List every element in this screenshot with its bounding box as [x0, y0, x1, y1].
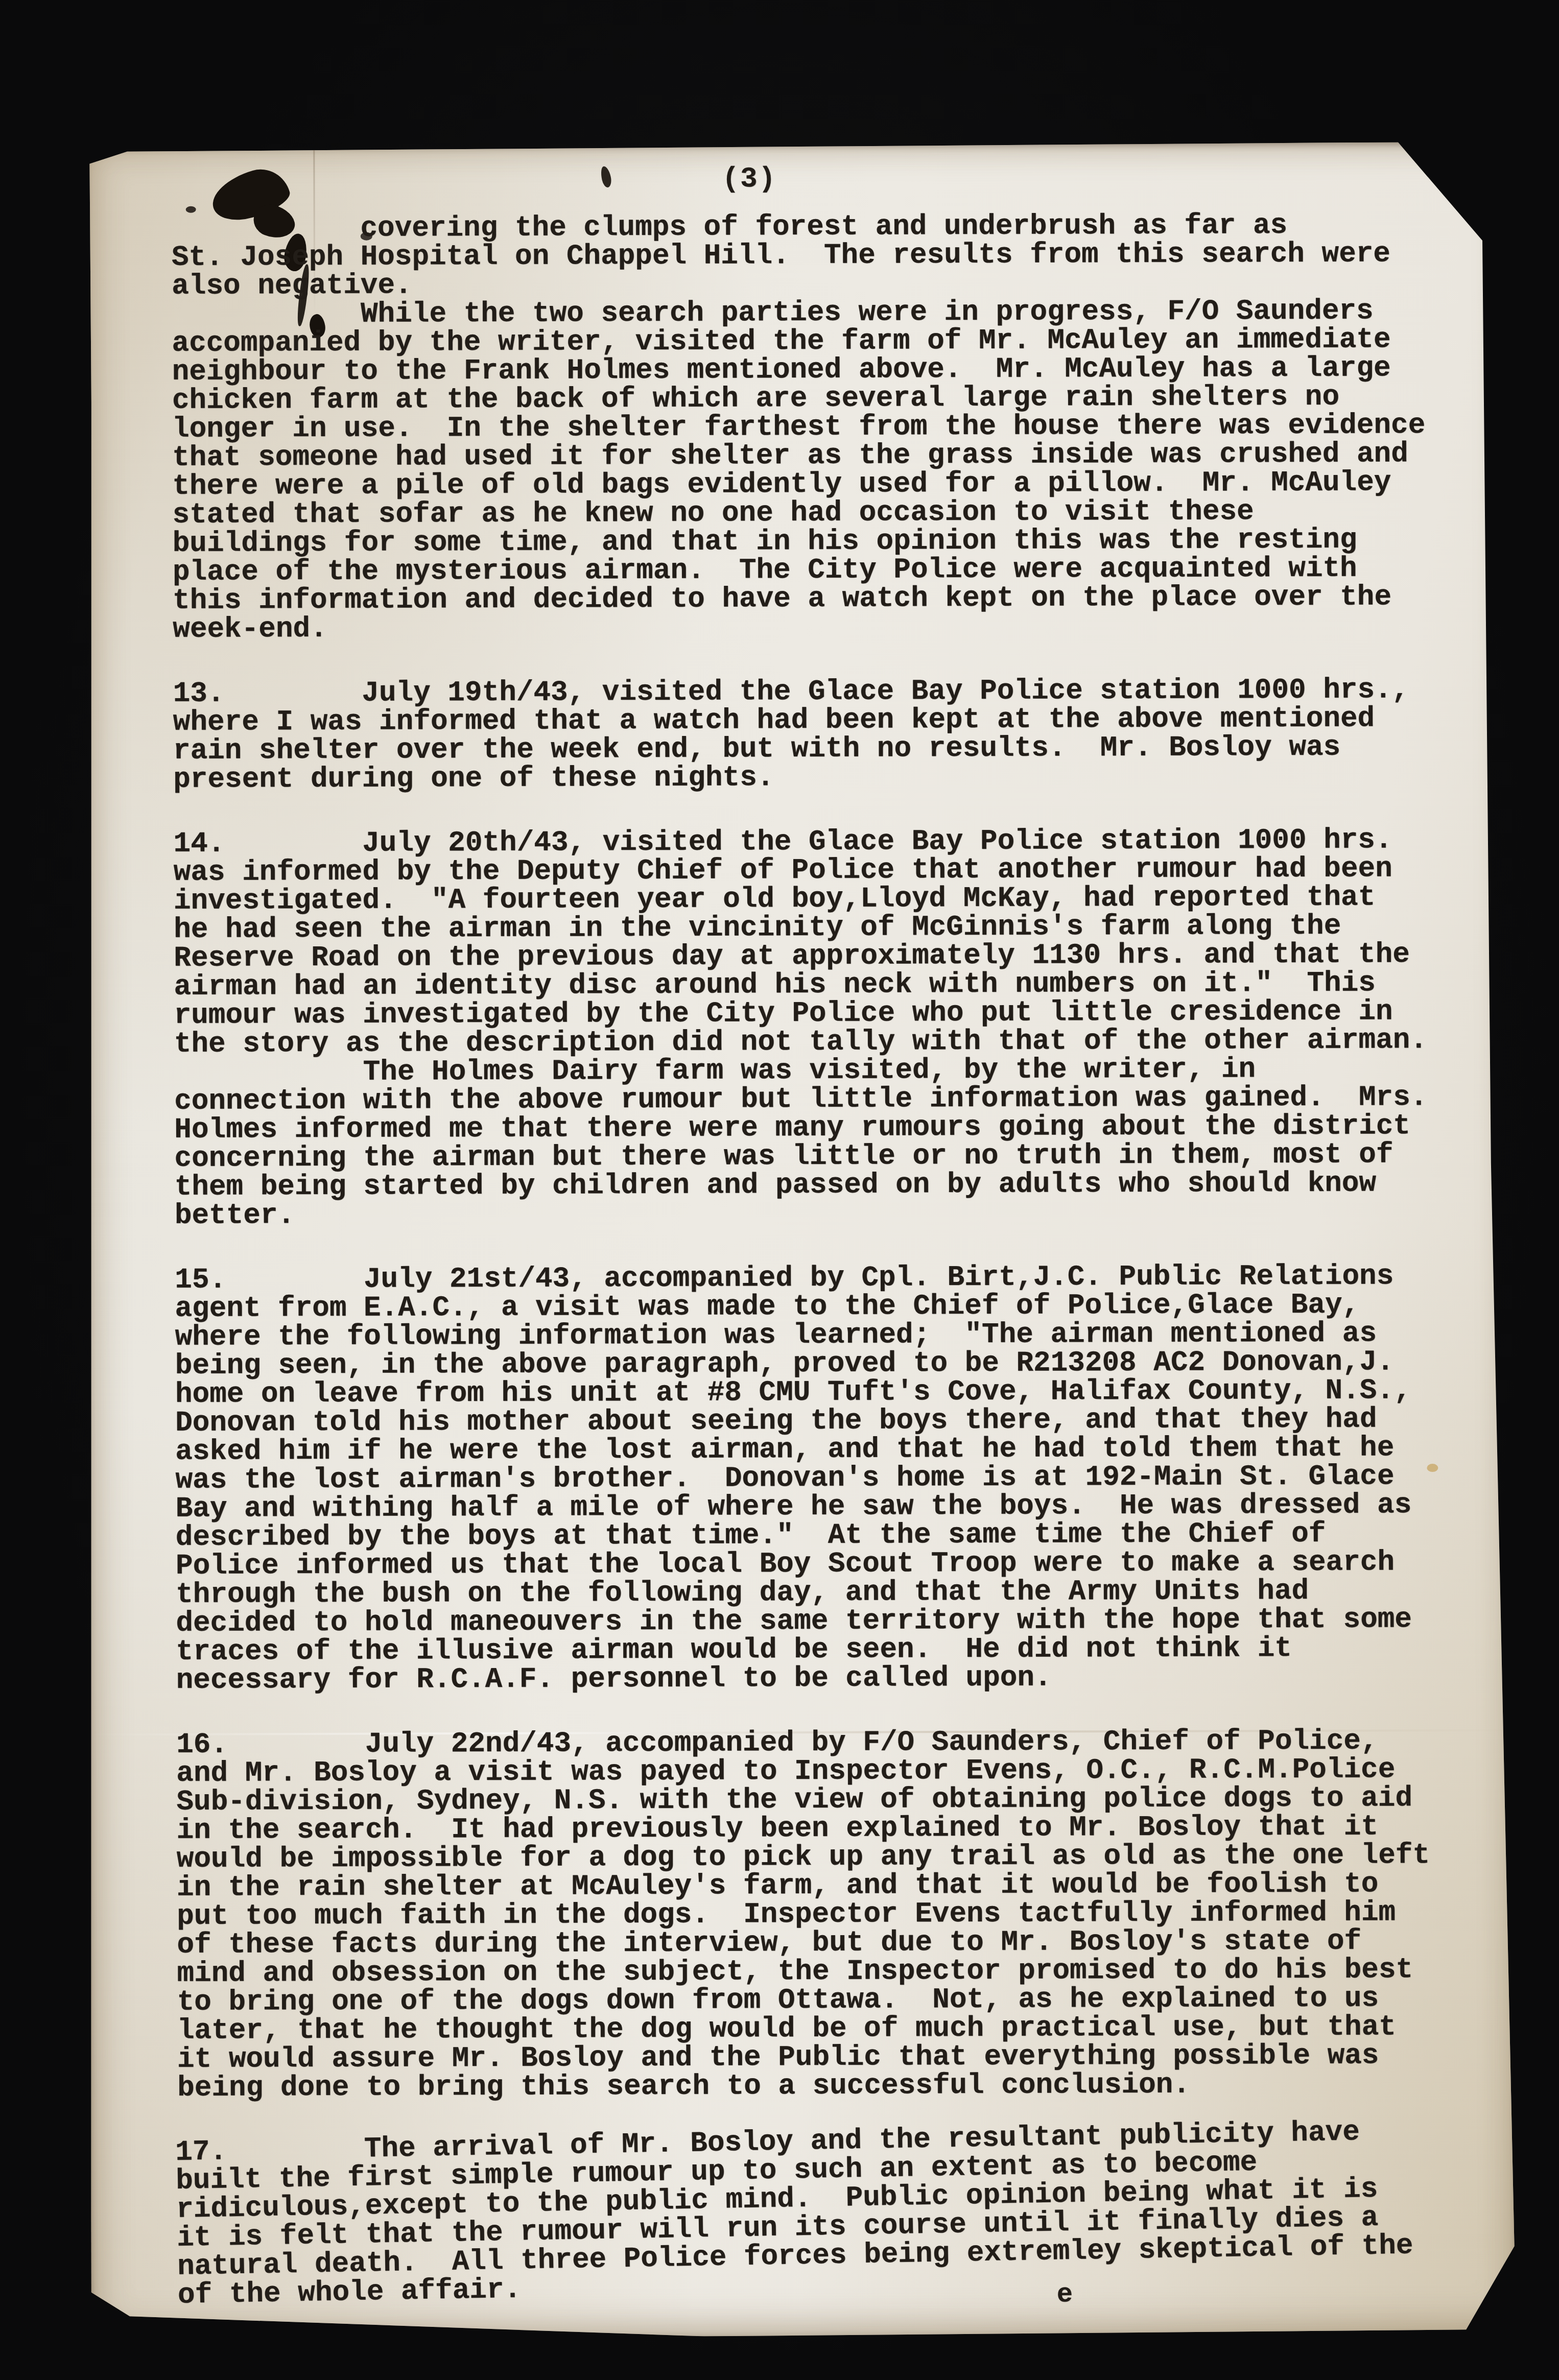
document-page: (3) covering the clumps of forest and un…	[84, 142, 1517, 2339]
ink-speck	[599, 165, 612, 188]
paragraph-14: 14. July 20th/43, visited the Glace Bay …	[173, 825, 1436, 1230]
typed-line: present during one of these nights.	[173, 761, 1435, 794]
typed-line: it would assure Mr. Bosloy and the Publi…	[177, 2041, 1439, 2074]
typed-insertion-mark: e	[1056, 2280, 1073, 2310]
paragraph-16: 16. July 22nd/43, accompanied by F/O Sau…	[176, 1726, 1439, 2102]
typed-line: this information and decided to have a w…	[173, 582, 1434, 615]
page-number: (3)	[722, 162, 776, 195]
document-text: covering the clumps of forest and underb…	[172, 210, 1440, 2345]
paragraph-continuation: covering the clumps of forest and underb…	[172, 210, 1435, 644]
typed-line: rain shelter over the week end, but with…	[173, 732, 1435, 765]
typed-line: traces of the illusive airman would be s…	[176, 1633, 1437, 1666]
paragraph-13: 13. July 19th/43, visited the Glace Bay …	[173, 675, 1435, 794]
paragraph-17: 17. The arrival of Mr. Bosloy and the re…	[175, 2116, 1439, 2310]
photo-background: (3) covering the clumps of forest and un…	[0, 0, 1559, 2380]
typed-line: necessary for R.C.A.F. personnel to be c…	[176, 1662, 1438, 1695]
typed-line: them being started by children and passe…	[175, 1169, 1436, 1201]
typed-line: being done to bring this search to a suc…	[177, 2069, 1439, 2102]
typed-line: St. Joseph Hospital on Chappel Hill. The…	[172, 239, 1433, 272]
paragraph-15: 15. July 21st/43, accompanied by Cpl. Bi…	[175, 1262, 1438, 1695]
